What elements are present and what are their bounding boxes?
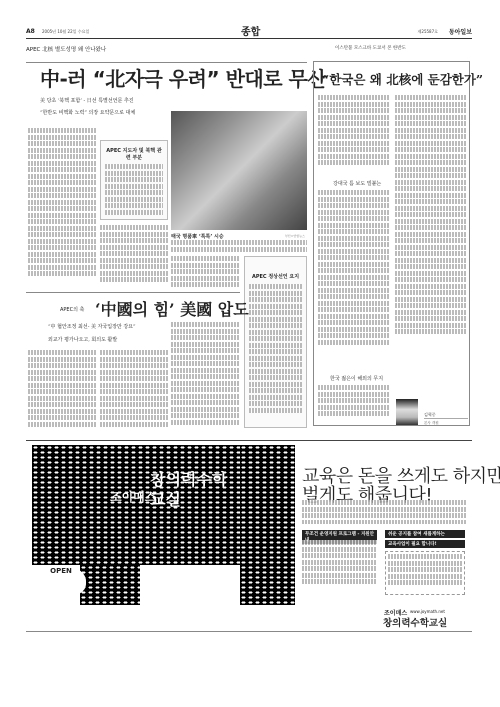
open-label: OPEN xyxy=(36,567,86,575)
ad-school-name-graphic: 창의력수학교실 xyxy=(150,470,240,510)
article-subhead: “中 협안조정 최선- 美 자국입장만 강요” xyxy=(48,323,136,330)
article-headline[interactable]: ‘中國의 힘’ 美國 압도 xyxy=(95,297,249,320)
article-headline[interactable]: 中-러 “北자극 우려” 반대로 무산 xyxy=(40,63,326,92)
box-title: APEC 정상선언 요지 xyxy=(245,273,306,280)
column-headline[interactable]: “한국은 왜 北核에 둔감한가” xyxy=(322,70,483,88)
article-body-column xyxy=(28,350,96,432)
open-badge: OPEN xyxy=(36,565,86,597)
ad-pattern-graphic xyxy=(240,445,295,605)
column-body xyxy=(318,190,390,370)
section-title: 종합 xyxy=(241,23,260,38)
ad-url[interactable]: www.joymath.net xyxy=(410,609,445,614)
article-body-column xyxy=(100,225,168,287)
article-body-column xyxy=(171,256,239,288)
ad-list-text xyxy=(302,540,377,590)
photo-caption: 태국 명품車 ‘툭툭’ 시승 xyxy=(171,233,224,240)
photo-caption-text xyxy=(171,240,307,252)
column-subhead: 강대국 틈 보도 빌붙는 xyxy=(333,180,381,187)
article-subhead: 美 당초 ‘북핵 포함’ - 日선 특별선언문 추진 xyxy=(40,97,134,104)
article-subhead: 외교가 평가나오고, 회의도 활발 xyxy=(48,336,117,343)
author-title: 본사 객원 xyxy=(424,421,439,426)
ad-school-name: 창의력수학교실 xyxy=(383,615,447,629)
sidebar-box-title: APEC 지도자 및 북핵 관련 부분 xyxy=(101,147,167,161)
ad-section-bar: 교육사업이 필요 합니다! xyxy=(385,540,465,548)
article-kicker: APEC 北核 별도성명 왜 안나왔나 xyxy=(26,45,106,53)
sidebar-box: APEC 지도자 및 북핵 관련 부분 xyxy=(100,140,168,220)
article-body-column xyxy=(171,322,239,432)
ad-section-bar: 쉬운 공지를 참여 새롭게하는 xyxy=(385,530,465,538)
issue-number: 제25587호 xyxy=(418,29,438,35)
divider xyxy=(26,440,472,441)
divider xyxy=(424,418,468,419)
article-subhead: “한반도 비핵화 노력” 의장 요약문으로 대체 xyxy=(40,109,135,116)
page-header: A8 2005년 10월 22일 수요일 종합 제25587호 동아일보 xyxy=(26,23,472,39)
ad-body-text xyxy=(302,500,467,524)
newspaper-name: 동아일보 xyxy=(449,27,472,36)
ad-pattern-graphic xyxy=(80,565,140,605)
article-body-column xyxy=(100,350,168,432)
column-subhead: 한국 젊은이 해외의 무지 xyxy=(330,375,383,382)
page-number: A8 xyxy=(26,28,35,35)
column-kicker: 이스탄불 모스크바 도쿄서 본 한반도 xyxy=(335,45,406,51)
apec-declaration-box: APEC 정상선언 요지 xyxy=(244,256,307,428)
divider xyxy=(26,292,240,293)
column-body xyxy=(318,385,390,425)
photo-credit: 부산=연합뉴스 xyxy=(285,234,305,238)
article-body-column xyxy=(28,128,96,288)
divider xyxy=(26,631,472,632)
column-body xyxy=(395,95,467,385)
ad-contact-form xyxy=(385,551,465,595)
author-photo xyxy=(396,399,418,425)
column-body xyxy=(318,95,390,175)
issue-date: 2005년 10월 22일 수요일 xyxy=(42,29,89,35)
article-kicker: APEC의 축 xyxy=(60,306,84,313)
news-photo xyxy=(171,111,307,230)
